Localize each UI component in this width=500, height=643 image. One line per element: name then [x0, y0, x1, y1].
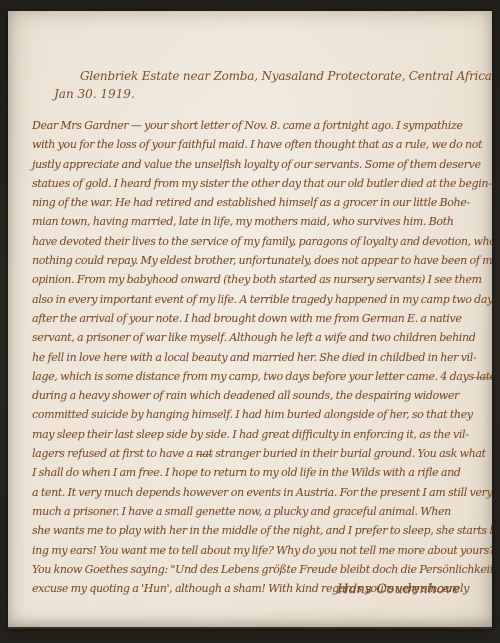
letter-line: nothing could repay. My eldest brother, … [32, 251, 478, 270]
letter-line: he fell in love here with a local beauty… [32, 348, 478, 367]
letter-paper: Glenbriek Estate near Zomba, Nyasaland P… [8, 11, 492, 627]
letter-line: a tent. It very much depends however on … [32, 483, 478, 502]
paper-bottom-edge [8, 627, 492, 629]
letter-line: committed suicide by hanging himself. I … [32, 405, 478, 424]
letter-line: much a prisoner. I have a small genette … [32, 502, 478, 521]
letter-line: with you for the loss of your faithful m… [32, 135, 478, 154]
letter-line: servant, a prisoner of war like myself. … [32, 328, 478, 347]
letter-line: I shall do when I am free. I hope to ret… [32, 463, 478, 482]
letter-line: You know Goethes saying: "Und des Lebens… [32, 560, 478, 579]
letter-line: also in every important event of my life… [32, 290, 478, 309]
letter-line: ing my ears! You want me to tell about m… [32, 541, 478, 560]
letter-line: lagers refused at first to have a n̶a̶t̶… [32, 444, 478, 463]
letter-line: lage, which is some distance from my cam… [32, 367, 478, 386]
letter-line: she wants me to play with her in the mid… [32, 521, 478, 540]
letter-line: justly appreciate and value the unselfis… [32, 155, 478, 174]
letter-line: during a heavy shower of rain which dead… [32, 386, 478, 405]
letter-header: Glenbriek Estate near Zomba, Nyasaland P… [8, 69, 492, 101]
letter-line: opinion. From my babyhood onward (they b… [32, 270, 478, 289]
letter-line: after the arrival of your note. I had br… [32, 309, 478, 328]
letter-body: Dear Mrs Gardner — your short letter of … [32, 116, 478, 598]
letter-line: mian town, having married, late in life,… [32, 212, 478, 231]
letter-line: ning of the war. He had retired and esta… [32, 193, 478, 212]
letter-line: have devoted their lives to the service … [32, 232, 478, 251]
date-line: Jan 30. 1919. [54, 87, 492, 101]
address-line: Glenbriek Estate near Zomba, Nyasaland P… [80, 69, 492, 83]
letter-line: statues of gold. I heard from my sister … [32, 174, 478, 193]
letter-line: Dear Mrs Gardner — your short letter of … [32, 116, 478, 135]
letter-line: may sleep their last sleep side by side.… [32, 425, 478, 444]
